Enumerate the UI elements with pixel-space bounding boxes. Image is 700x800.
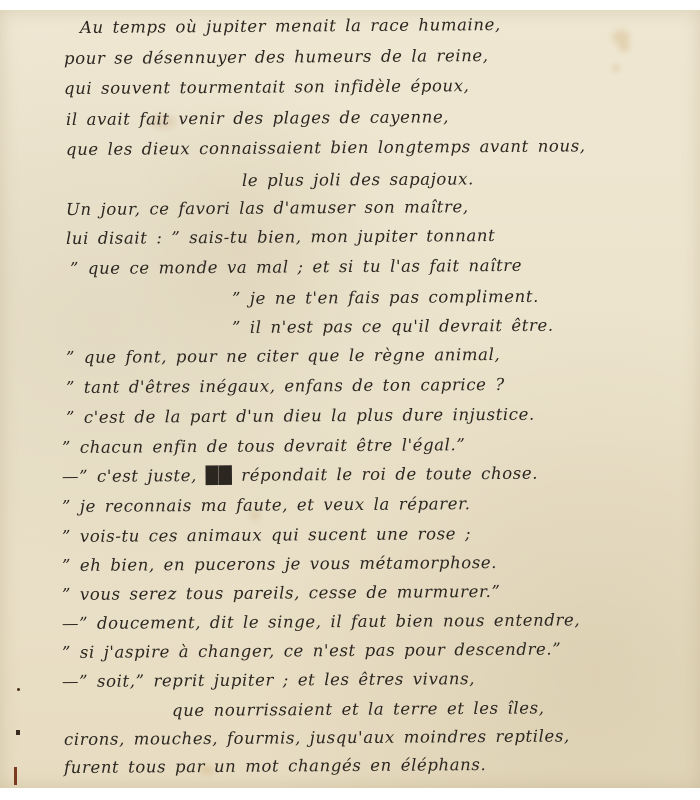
- manuscript-line: que nourrissaient et la terre et les île…: [172, 698, 545, 720]
- manuscript-line: —” c'est juste, ██ répondait le roi de t…: [62, 464, 538, 486]
- manuscript-line: ” chacun enfin de tous devrait être l'ég…: [62, 435, 466, 457]
- manuscript-line: que les dieux connaissaient bien longtem…: [66, 136, 586, 159]
- manuscript-line: ” c'est de la part d'un dieu la plus dur…: [66, 405, 535, 427]
- manuscript-line: —” doucement, dit le singe, il faut bien…: [62, 610, 580, 633]
- manuscript-line: le plus joli des sapajoux.: [242, 169, 474, 190]
- manuscript-line: ” vois-tu ces animaux qui sucent une ros…: [62, 524, 471, 546]
- manuscript-line: ” tant d'êtres inégaux, enfans de ton ca…: [66, 375, 505, 397]
- manuscript-line: ” que font, pour ne citer que le règne a…: [66, 345, 500, 367]
- margin-mark: [16, 730, 20, 735]
- manuscript-line: Au temps où jupiter menait la race humai…: [80, 15, 501, 37]
- paper-stain: [618, 42, 630, 52]
- manuscript-line: ” que ce monde va mal ; et si tu l'as fa…: [70, 256, 522, 278]
- manuscript-line: ” eh bien, en pucerons je vous métamorph…: [62, 553, 497, 575]
- paper-stain: [612, 64, 620, 72]
- manuscript-line: ” vous serez tous pareils, cesse de murm…: [62, 582, 501, 604]
- manuscript-line: ” si j'aspire à changer, ce n'est pas po…: [62, 640, 561, 662]
- manuscript-line: cirons, mouches, fourmis, jusqu'aux moin…: [64, 726, 570, 749]
- manuscript-line: furent tous par un mot changés en élépha…: [64, 755, 486, 777]
- manuscript-line: —” soit,” reprit jupiter ; et les êtres …: [62, 669, 475, 691]
- margin-mark: [17, 688, 20, 691]
- manuscript-line: pour se désennuyer des humeurs de la rei…: [64, 46, 489, 68]
- manuscript-line: lui disait : ” sais-tu bien, mon jupiter…: [66, 226, 495, 248]
- manuscript-line: qui souvent tourmentait son infidèle épo…: [64, 76, 470, 98]
- manuscript-line: ” il n'est pas ce qu'il devrait être.: [232, 316, 554, 337]
- manuscript-page: Au temps où jupiter menait la race humai…: [0, 10, 700, 788]
- margin-mark: [14, 767, 17, 785]
- manuscript-line: Un jour, ce favori las d'amuser son maît…: [66, 197, 469, 219]
- manuscript-line: il avait fait venir des plages de cayenn…: [66, 107, 449, 129]
- manuscript-line: ” je ne t'en fais pas compliment.: [232, 287, 539, 308]
- manuscript-line: ” je reconnais ma faute, et veux la répa…: [62, 494, 471, 516]
